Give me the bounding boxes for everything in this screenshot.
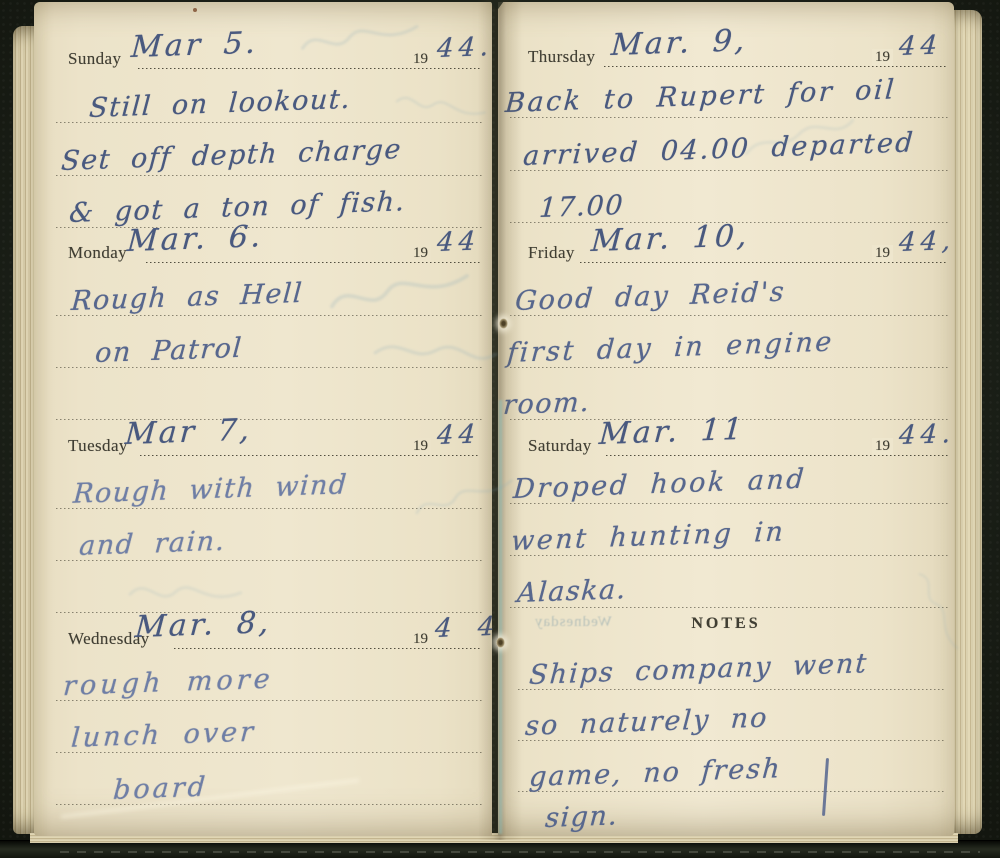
paper-crease <box>61 779 359 819</box>
printed-year-prefix: 19 <box>410 51 431 68</box>
ruled-line <box>56 419 482 420</box>
handwriting-line: sign. <box>544 799 620 836</box>
printed-year-prefix: 19 <box>872 49 893 66</box>
page-stack-edge-right <box>953 10 982 834</box>
handwritten-year: 4 4 <box>434 612 504 644</box>
printed-year-prefix: 19 <box>410 438 431 455</box>
handwritten-year: 44 <box>436 226 481 258</box>
day-label-sunday: Sunday <box>68 49 121 69</box>
handwriting-line: room. <box>502 386 591 423</box>
day-label-friday: Friday <box>528 243 575 263</box>
printed-year-prefix: 19 <box>872 438 893 455</box>
header-rule <box>174 648 480 649</box>
handwritten-date: Mar 5. <box>130 25 259 65</box>
handwriting-line: arrived 04.00 departed <box>522 126 916 174</box>
handwriting-line: Still on lookout. <box>88 83 352 126</box>
handwriting-line: Rough with wind <box>72 468 349 512</box>
diary-page-left: Sunday Mar 5. 19 44. Still on lookout. S… <box>34 2 492 836</box>
day-label-saturday: Saturday <box>528 436 592 456</box>
handwritten-date: Mar. 6. <box>126 219 265 259</box>
diary-page-right: Thursday Mar. 9, 19 44 Back to Rupert fo… <box>498 2 954 836</box>
handwriting-line: game, no fresh <box>528 752 783 795</box>
handwriting-line: 17.00 <box>538 189 625 226</box>
handwriting-line: went hunting in <box>510 515 787 559</box>
handwriting-line: and rain. <box>78 525 227 564</box>
header-rule <box>138 68 480 69</box>
handwriting-line: so naturely no <box>524 701 770 744</box>
header-rule <box>604 66 948 67</box>
handwriting-line: Set off depth charge <box>60 133 403 179</box>
handwriting-line: rough more <box>62 663 275 704</box>
handwriting-line: lunch over <box>70 715 257 756</box>
handwritten-date: Mar. 10, <box>590 218 751 259</box>
handwritten-year: 44. <box>898 419 956 451</box>
stitch-hole <box>496 637 505 648</box>
handwriting-line: Droped hook and <box>512 463 807 507</box>
day-label-tuesday: Tuesday <box>68 436 128 456</box>
page-stack-edge-left <box>13 26 36 834</box>
stray-ink-mark <box>822 758 829 816</box>
handwritten-date: Mar. 8, <box>134 605 273 645</box>
handwritten-year: 44 <box>898 30 943 62</box>
printed-year-prefix: 19 <box>872 245 893 262</box>
handwriting-line: Good day Reid's <box>514 275 787 319</box>
handwriting-line: Back to Rupert for oil <box>504 73 897 121</box>
header-rule <box>146 262 480 263</box>
stitch-hole <box>499 318 508 329</box>
header-rule <box>606 455 948 456</box>
ghost-showthrough-text: Wednesday <box>534 614 612 631</box>
handwriting-line: Rough as Hell <box>70 277 304 319</box>
handwritten-year: 44 <box>436 419 481 451</box>
handwritten-date: Mar. 11 <box>598 412 746 452</box>
paper-speck <box>193 8 197 12</box>
day-label-monday: Monday <box>68 243 127 263</box>
handwriting-line: Alaska. <box>516 573 628 611</box>
handwritten-date: Mar. 9, <box>610 23 749 63</box>
diary-photo: Sunday Mar 5. 19 44. Still on lookout. S… <box>0 0 1000 858</box>
printed-year-prefix: 19 <box>410 245 431 262</box>
handwriting-line: first day in engine <box>506 325 835 371</box>
header-rule <box>140 455 480 456</box>
handwriting-line: on Patrol <box>94 332 244 371</box>
handwritten-date: Mar 7, <box>124 412 253 452</box>
header-rule <box>580 262 948 263</box>
handwritten-year: 44, <box>898 226 956 258</box>
handwritten-year: 44. <box>436 32 494 64</box>
day-label-thursday: Thursday <box>528 47 595 67</box>
handwriting-line: Ships company went <box>528 647 869 693</box>
printed-year-prefix: 19 <box>410 631 431 648</box>
